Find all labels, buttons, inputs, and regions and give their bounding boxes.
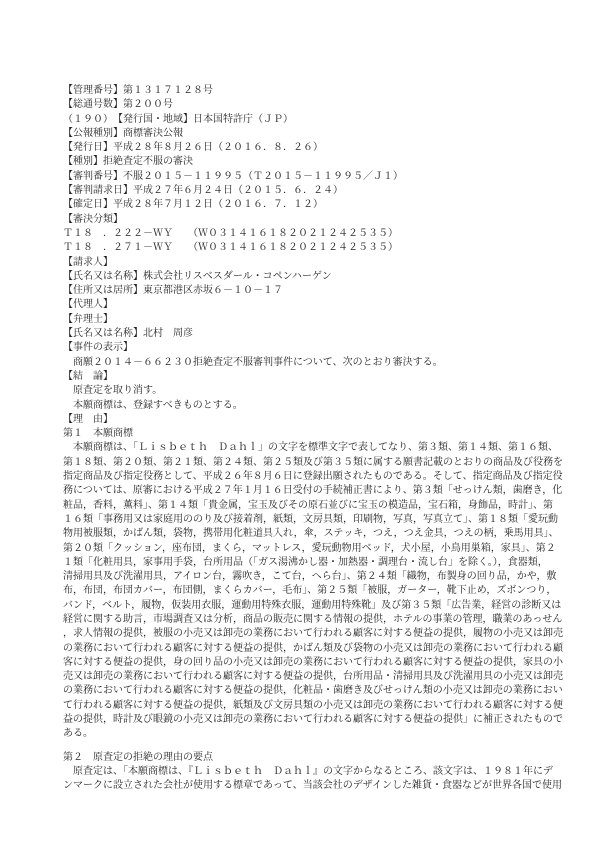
document-line: 第２０類「クッション，座布団，まくら，マットレス，愛玩動物用ベッド，犬小屋，小鳥… xyxy=(63,542,547,556)
document-line: 【弁理士】 xyxy=(63,313,547,327)
document-line: 【住所又は居所】東京都港区赤坂６－１０－１７ xyxy=(63,284,547,298)
document-line: て行われる顧客に対する便益の提供，紙類及び文房具類の小売又は卸売の業務において行… xyxy=(63,699,547,713)
document-line: 【審決分類】 xyxy=(63,213,547,227)
document-line: 【請求人】 xyxy=(63,256,547,270)
document-line: 売又は卸売の業務において行われる顧客に対する便益の提供，台所用品・清掃用具及び洗… xyxy=(63,670,547,684)
document-line: ，求人情報の提供，被服の小売又は卸売の業務において行われる顧客に対する便益の提供… xyxy=(63,627,547,641)
document-line: 【管理番号】第１３１７１２８号 xyxy=(63,84,547,98)
document-line: 商願２０１４－６６２３０拒絶査定不服審判事件について、次のとおり審決する。 xyxy=(63,356,547,370)
document-line: 本願商標は、登録すべきものとする。 xyxy=(63,399,547,413)
document-line: の業務において行われる顧客に対する便益の提供，化粧品・歯磨き及びせっけん類の小売… xyxy=(63,684,547,698)
document-line: ンマークに設立された会社が使用する標章であって、当該会社のデザインした雑貨・食器… xyxy=(63,779,547,793)
blank-line xyxy=(63,742,547,751)
document-line: 客に対する便益の提供，身の回り品の小売又は卸売の業務において行われる顧客に対する… xyxy=(63,656,547,670)
document-line: Ｔ１８ ．２７１－ＷＹ （Ｗ０３１４１６１８２０２１２４２５３５） xyxy=(63,241,547,255)
document-line: 【公報種別】商標審決公報 xyxy=(63,127,547,141)
document-line: 経営に関する助言，市場調査又は分析，商品の販売に関する情報の提供，ホテルの事業の… xyxy=(63,613,547,627)
document-line: 物用被服類，かばん類，袋物，携帯用化粧道具入れ，傘，ステッキ，つえ，つえ金具，つ… xyxy=(63,527,547,541)
document-line: 益の提供，時計及び眼鏡の小売又は卸売の業務において行われる顧客に対する便益の提供… xyxy=(63,713,547,727)
document-line: バンド，ベルト，履物，仮装用衣服，運動用特殊衣服，運動用特殊靴」及び第３５類「広… xyxy=(63,599,547,613)
document-line: 【結 論】 xyxy=(63,370,547,384)
document-line: 原査定を取り消す。 xyxy=(63,384,547,398)
document-line: 【審判請求日】平成２７年６月２４日（２０１５．６．２４） xyxy=(63,184,547,198)
document-line: 務については、原審における平成２７年１月１６日受付の手続補正書により、第３類「せ… xyxy=(63,484,547,498)
document-line: 【確定日】平成２８年７月１２日（２０１６．７．１２） xyxy=(63,198,547,212)
document-line: 【氏名又は名称】北村 周彦 xyxy=(63,327,547,341)
document-line: 清掃用具及び洗濯用具，アイロン台，霧吹き，こて台，へら台」、第２４類「織物，布製… xyxy=(63,570,547,584)
document-line: 第２ 原査定の拒絶の理由の要点 xyxy=(63,751,547,765)
document-line: 【事件の表示】 xyxy=(63,341,547,355)
document-line: 【代理人】 xyxy=(63,298,547,312)
document-line: ある。 xyxy=(63,727,547,741)
document-line: １６類「事務用又は家庭用ののり及び接着剤，紙類，文房具類，印刷物，写真，写真立て… xyxy=(63,513,547,527)
document-line: 指定商品及び指定役務として、平成２６年８月６日に登録出願されたものである。そして… xyxy=(63,470,547,484)
document-line: 布，布団，布団カバー，布団側，まくらカバー，毛布」、第２５類「被服，ガーター，靴… xyxy=(63,584,547,598)
document-line: 【種別】拒絶査定不服の審決 xyxy=(63,155,547,169)
document-line: １類「化粧用具，家事用手袋，台所用品（「ガス湯沸かし器・加熱器・調理台・流し台」… xyxy=(63,556,547,570)
document-line: 【理 由】 xyxy=(63,413,547,427)
document-line: 粧品，香料，薫料」、第１４類「貴金属，宝玉及びその原石並びに宝玉の模造品，宝石箱… xyxy=(63,499,547,513)
document-line: 【審判番号】不服２０１５－１１９９５（Ｔ２０１５－１１９９５／Ｊ１） xyxy=(63,170,547,184)
document-line: 【氏名又は名称】株式会社リスベスダール・コペンハーゲン xyxy=(63,270,547,284)
document-line: （１９０） 【発行国・地域】日本国特許庁（ＪＰ） xyxy=(63,113,547,127)
document-line: 第１８類、第２０類、第２１類、第２４類、第２５類及び第３５類に属する願書記載のと… xyxy=(63,456,547,470)
document-line: の業務において行われる顧客に対する便益の提供，かばん類及び袋物の小売又は卸売の業… xyxy=(63,642,547,656)
document-body: 【管理番号】第１３１７１２８号【総通号数】第２００号（１９０） 【発行国・地域】… xyxy=(63,84,547,794)
document-line: 第１ 本願商標 xyxy=(63,427,547,441)
document-line: 本願商標は、「Ｌｉｓｂｅｔｈ Ｄａｈｌ」の文字を標準文字で表してなり、第３類、第… xyxy=(63,441,547,455)
document-line: 【発行日】平成２８年８月２６日（２０１６．８．２６） xyxy=(63,141,547,155)
document-line: Ｔ１８ ．２２２－ＷＹ （Ｗ０３１４１６１８２０２１２４２５３５） xyxy=(63,227,547,241)
document-line: 【総通号数】第２００号 xyxy=(63,98,547,112)
gazette-document-page: 【管理番号】第１３１７１２８号【総通号数】第２００号（１９０） 【発行国・地域】… xyxy=(0,0,600,849)
document-line: 原査定は、「本願商標は、『Ｌｉｓｂｅｔｈ Ｄａｈｌ』の文字からなるところ、該文字… xyxy=(63,765,547,779)
